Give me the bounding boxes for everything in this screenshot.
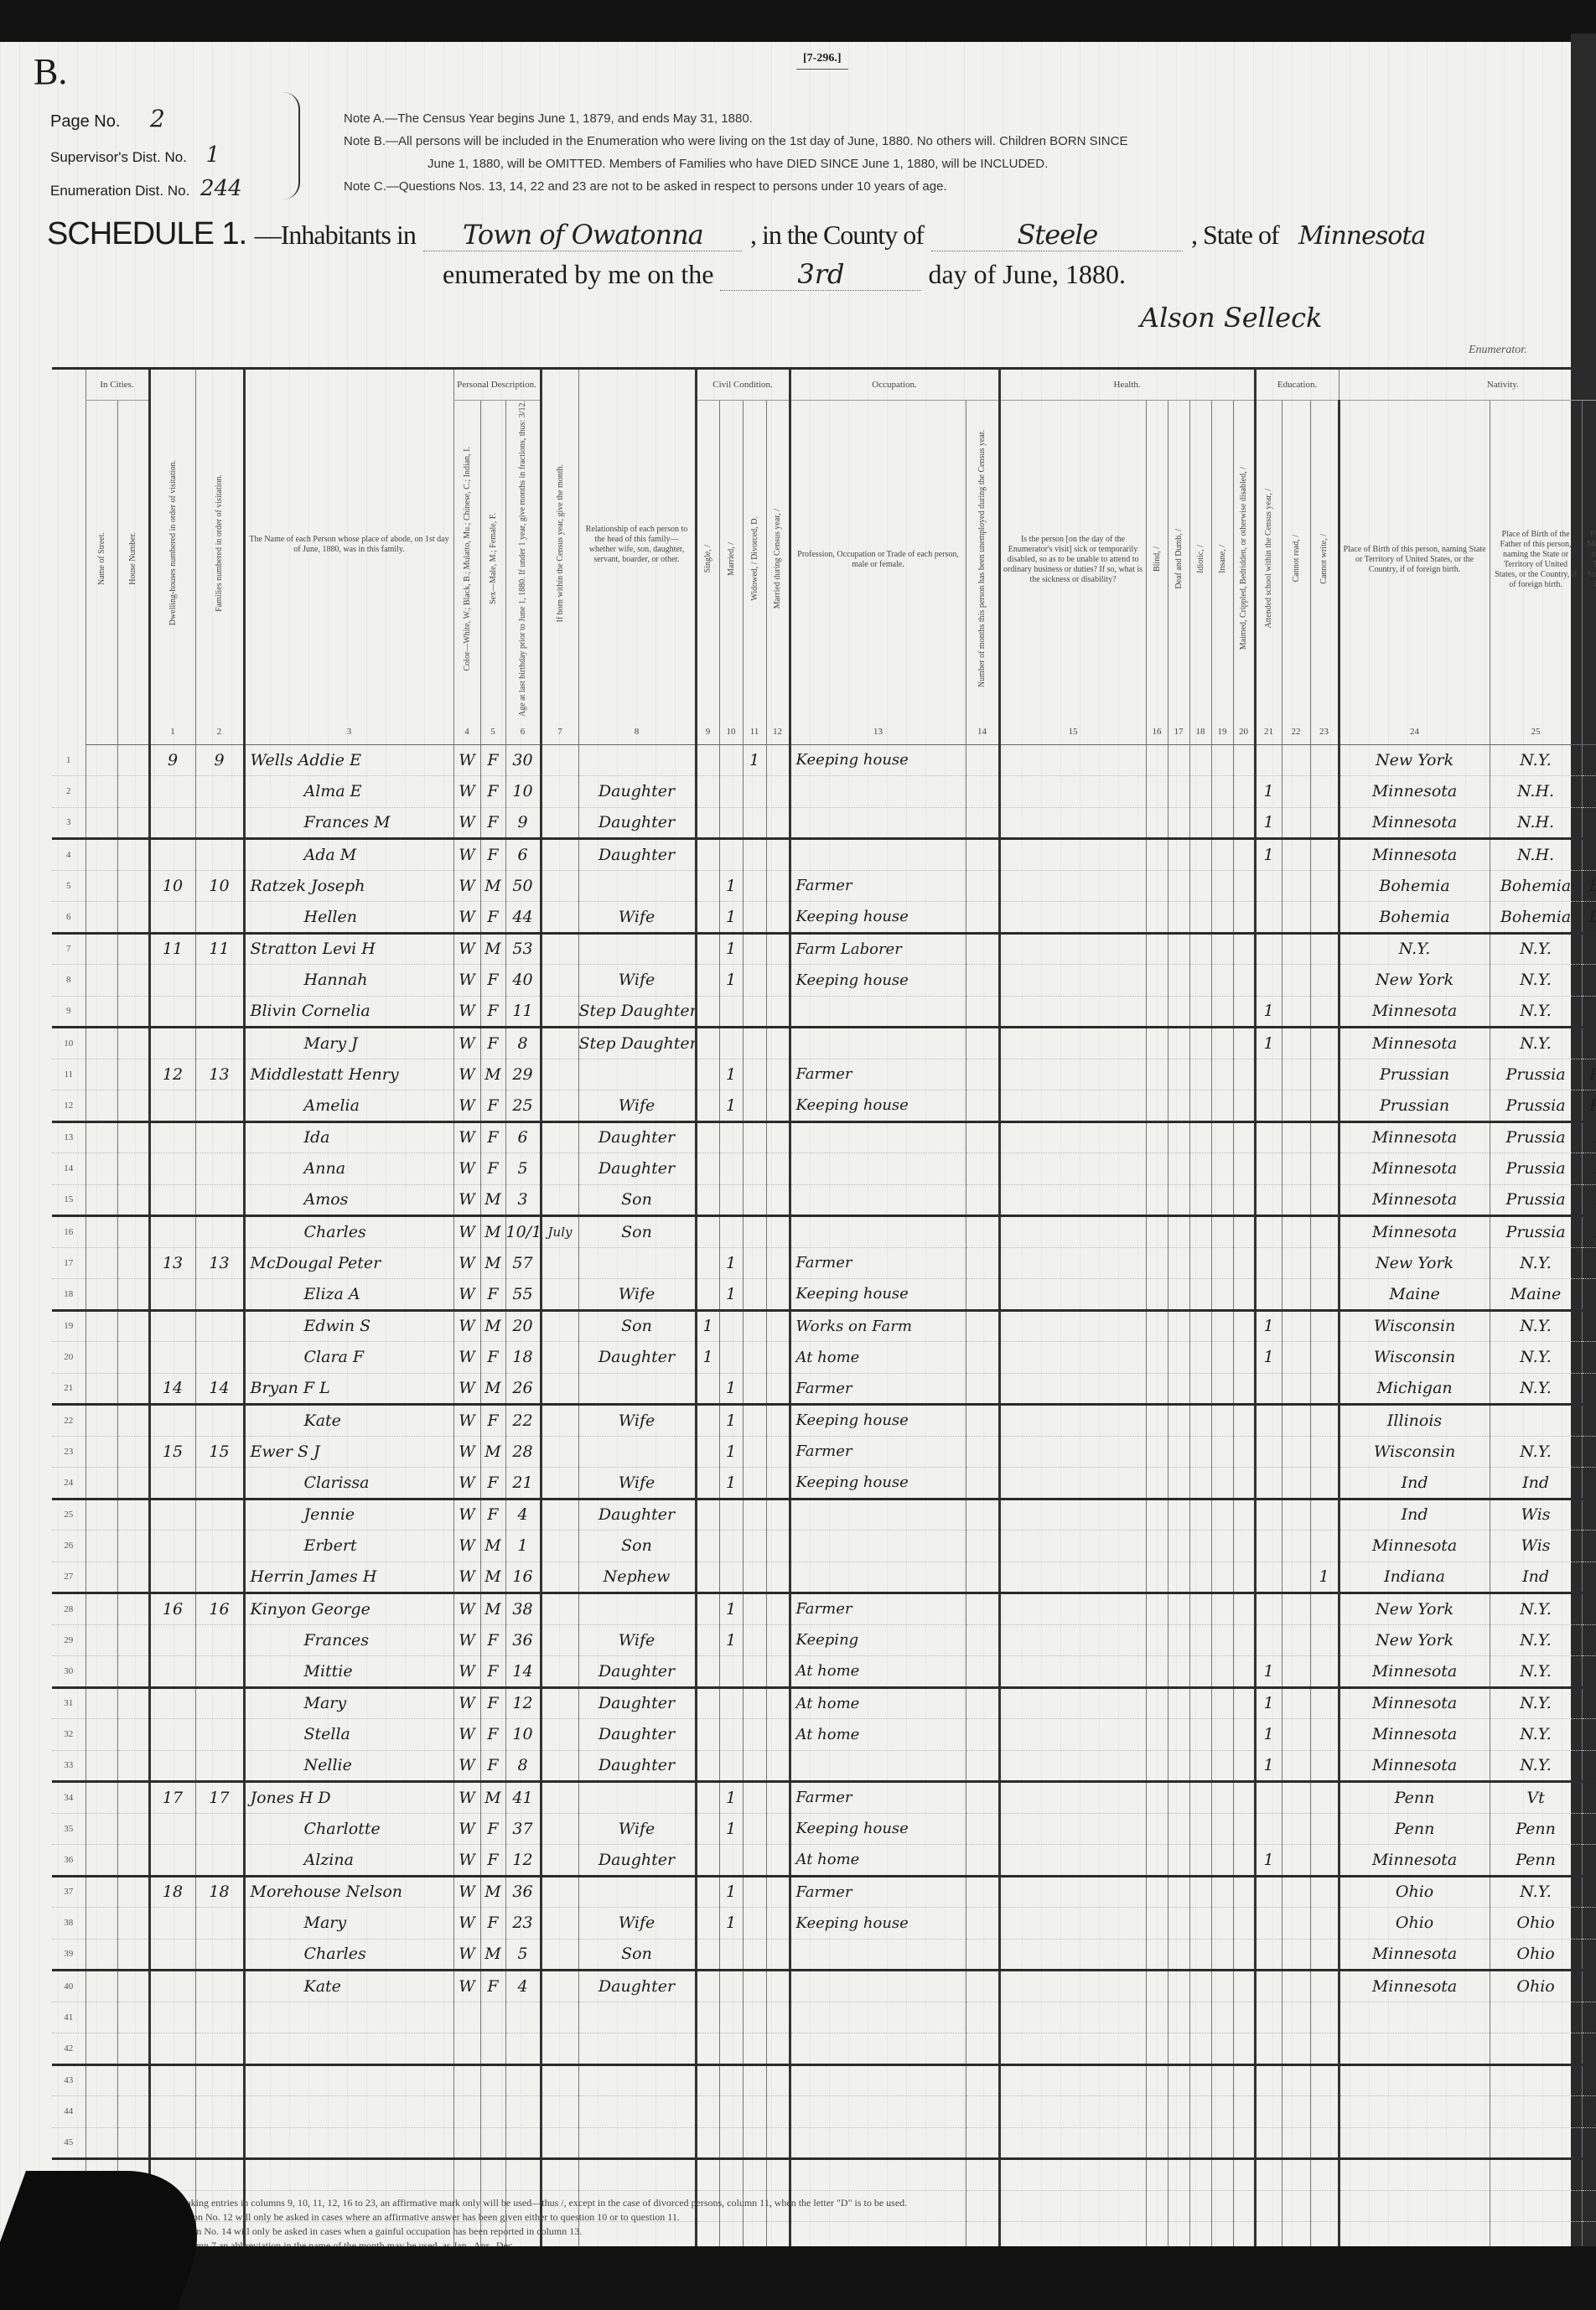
sex-cell: F [480, 996, 505, 1028]
relationship-cell [578, 2127, 696, 2159]
father-birthplace-cell: Ind [1490, 1562, 1582, 1593]
idiotic-cell [1189, 1845, 1211, 1877]
age-cell: 4 [505, 1499, 541, 1531]
school-cell [1255, 1436, 1282, 1468]
father-birthplace-cell [1490, 2159, 1582, 2191]
single-cell [696, 1468, 719, 1499]
mother-birthplace-cell [1582, 1405, 1596, 1437]
widowed-cell [743, 1562, 766, 1593]
row-number: 41 [52, 2002, 85, 2033]
mother-birthplace-cell: N.Y. [1582, 1750, 1596, 1782]
sex-cell: F [480, 1028, 505, 1059]
month-born-cell [541, 2159, 578, 2191]
column-number: 24 [1339, 719, 1490, 744]
months-unemployed-cell [966, 1971, 999, 2002]
row-number: 6 [52, 902, 85, 934]
row-number: 12 [52, 1090, 85, 1122]
row-number: 2 [52, 776, 85, 808]
married-cell [719, 2096, 743, 2128]
row-number: 5 [52, 870, 85, 902]
footnote-d: Note D.—In making entries in columns 9, … [126, 2196, 907, 2210]
house-number-cell [117, 902, 149, 934]
maimed-cell [1233, 1687, 1255, 1719]
maimed-cell [1233, 1939, 1255, 1971]
birthplace-cell: Minnesota [1339, 1971, 1490, 2002]
footnote-f: Note F.—Question No. 14 will only be ask… [126, 2225, 907, 2239]
idiotic-cell [1189, 1971, 1211, 2002]
table-row: 19Edwin SWM20Son1Works on Farm1Wisconsin… [52, 1310, 1596, 1342]
family-number-cell [195, 1531, 244, 1562]
married-cell [719, 996, 743, 1028]
birthplace-cell: Minnesota [1339, 1656, 1490, 1688]
education-group: Education. [1255, 369, 1339, 401]
father-birthplace-cell: N.Y. [1490, 744, 1582, 776]
cannot-read-cell [1282, 1121, 1310, 1153]
single-cell [696, 1845, 719, 1877]
school-header: Attended school within the Census year, … [1255, 401, 1282, 720]
widowed-cell [743, 1153, 766, 1185]
blind-cell [1146, 1373, 1168, 1405]
idiotic-cell [1189, 1216, 1211, 1248]
month-born-cell [541, 902, 578, 934]
school-cell [1255, 744, 1282, 776]
widowed-cell [743, 1750, 766, 1782]
dwelling-number-cell [149, 1279, 195, 1311]
relationship-cell [578, 1876, 696, 1908]
family-number-cell [195, 1405, 244, 1437]
occupation-cell [790, 1216, 966, 1248]
deaf-cell [1168, 1059, 1189, 1090]
family-number-cell [195, 996, 244, 1028]
house-number-cell [117, 1562, 149, 1593]
birthplace-cell: New York [1339, 1593, 1490, 1625]
color-header: Color—White, W.; Black, B.; Mulatto, Mu.… [453, 401, 480, 720]
relationship-cell: Daughter [578, 776, 696, 808]
cannot-write-cell [1310, 1593, 1339, 1625]
column-number: 9 [696, 719, 719, 744]
idiotic-cell [1189, 1247, 1211, 1279]
maimed-cell [1233, 1593, 1255, 1625]
widowed-cell [743, 1405, 766, 1437]
mother-birthplace-cell [1582, 2127, 1596, 2159]
widowed-cell [743, 1813, 766, 1845]
school-cell [1255, 1279, 1282, 1311]
person-name-cell [244, 2127, 453, 2159]
color-cell: W [453, 1279, 480, 1311]
deaf-cell [1168, 902, 1189, 934]
insane-cell [1211, 870, 1233, 902]
person-name-cell: Bryan F L [244, 1373, 453, 1405]
occupation-cell: Keeping house [790, 1813, 966, 1845]
occupation-cell: Farm Laborer [790, 933, 966, 965]
mother-birthplace-cell: N.Y. [1582, 807, 1596, 839]
father-birthplace-cell: N.Y. [1490, 1247, 1582, 1279]
married-cell [719, 2064, 743, 2096]
street-cell [85, 1971, 117, 2002]
age-cell: 53 [505, 933, 541, 965]
relationship-cell: Son [578, 1310, 696, 1342]
maimed-cell [1233, 1656, 1255, 1688]
cannot-read-cell [1282, 1090, 1310, 1122]
father-birthplace-header: Place of Birth of the Father of this per… [1490, 401, 1582, 720]
street-cell [85, 1468, 117, 1499]
relationship-cell: Wife [578, 1908, 696, 1940]
insane-cell [1211, 839, 1233, 871]
sex-cell: M [480, 1247, 505, 1279]
house-number-cell [117, 1028, 149, 1059]
family-number-cell [195, 1153, 244, 1185]
months-unemployed-cell [966, 1813, 999, 1845]
table-row: 24ClarissaWF21Wife1Keeping houseIndIndIn… [52, 1468, 1596, 1499]
school-cell [1255, 1405, 1282, 1437]
blind-cell [1146, 1342, 1168, 1374]
dwelling-number-cell [149, 2096, 195, 2128]
house-number-cell [117, 2002, 149, 2033]
school-cell [1255, 1531, 1282, 1562]
cannot-write-cell [1310, 1845, 1339, 1877]
color-cell: W [453, 1373, 480, 1405]
father-birthplace-cell [1490, 2064, 1582, 2096]
insane-cell [1211, 1531, 1233, 1562]
father-birthplace-cell: N.Y. [1490, 1719, 1582, 1751]
single-cell [696, 1624, 719, 1656]
sex-cell [480, 2159, 505, 2191]
month-born-cell [541, 1624, 578, 1656]
months-unemployed-cell [966, 870, 999, 902]
single-cell [696, 1782, 719, 1814]
cannot-write-cell [1310, 1342, 1339, 1374]
occupation-cell [790, 1562, 966, 1593]
table-row: 18Eliza AWF55Wife1Keeping houseMaineMain… [52, 1279, 1596, 1311]
occupation-cell [790, 1028, 966, 1059]
column-number: 19 [1211, 719, 1233, 744]
sex-cell: F [480, 1971, 505, 2002]
supervisor-district-value: 1 [206, 142, 220, 168]
idiotic-cell [1189, 776, 1211, 808]
month-born-header: If born within the Census year, give the… [541, 369, 578, 720]
row-number: 3 [52, 807, 85, 839]
table-row: 171313McDougal PeterWM571FarmerNew YorkN… [52, 1247, 1596, 1279]
house-number-cell [117, 1121, 149, 1153]
sickness-cell [999, 1939, 1146, 1971]
person-name-cell: Kate [244, 1971, 453, 2002]
sickness-cell [999, 996, 1146, 1028]
deaf-cell [1168, 1279, 1189, 1311]
sickness-cell [999, 1216, 1146, 1248]
widowed-cell [743, 902, 766, 934]
birthplace-cell: Penn [1339, 1813, 1490, 1845]
relationship-cell: Son [578, 1184, 696, 1216]
column-number: 13 [790, 719, 966, 744]
married-cell [719, 1971, 743, 2002]
sickness-cell [999, 1184, 1146, 1216]
sex-cell: M [480, 1876, 505, 1908]
cannot-write-cell [1310, 1876, 1339, 1908]
blind-cell [1146, 1279, 1168, 1311]
cannot-write-cell [1310, 996, 1339, 1028]
insane-cell [1211, 1184, 1233, 1216]
occupation-cell [790, 839, 966, 871]
note-b-cont: June 1, 1880, will be OMITTED. Members o… [344, 153, 1127, 175]
relationship-cell [578, 1782, 696, 1814]
maimed-cell [1233, 1028, 1255, 1059]
family-number-cell [195, 1342, 244, 1374]
single-cell [696, 1876, 719, 1908]
mother-birthplace-cell: N.Y. [1582, 1593, 1596, 1625]
street-cell [85, 1499, 117, 1531]
dwelling-number-cell [149, 1845, 195, 1877]
sex-cell: F [480, 1121, 505, 1153]
cannot-write-cell [1310, 776, 1339, 808]
relationship-cell: Step Daughter [578, 1028, 696, 1059]
month-born-cell [541, 1687, 578, 1719]
school-cell [1255, 933, 1282, 965]
dwelling-number-cell: 16 [149, 1593, 195, 1625]
single-cell [696, 2064, 719, 2096]
maimed-cell [1233, 1216, 1255, 1248]
single-cell [696, 902, 719, 934]
occupation-cell: Keeping house [790, 902, 966, 934]
school-cell [1255, 902, 1282, 934]
widowed-cell [743, 1624, 766, 1656]
deaf-cell [1168, 1845, 1189, 1877]
father-birthplace-cell: N.Y. [1490, 1028, 1582, 1059]
maimed-cell [1233, 1436, 1255, 1468]
civil-group: Civil Condition. [696, 369, 790, 401]
cannot-write-cell [1310, 1373, 1339, 1405]
sickness-cell [999, 1153, 1146, 1185]
color-cell: W [453, 933, 480, 965]
father-birthplace-cell [1490, 2096, 1582, 2128]
maimed-cell [1233, 1562, 1255, 1593]
dwelling-number-cell [149, 1656, 195, 1688]
row-number: 9 [52, 996, 85, 1028]
single-cell [696, 1562, 719, 1593]
instruction-notes: Note A.—The Census Year begins June 1, 1… [344, 107, 1127, 198]
family-number-cell [195, 1719, 244, 1751]
sickness-cell [999, 1845, 1146, 1877]
place-value: Town of Owatonna [423, 219, 742, 251]
widowed-cell [743, 1908, 766, 1940]
sickness-cell [999, 2064, 1146, 2096]
widowed-cell [743, 965, 766, 997]
deaf-cell [1168, 1468, 1189, 1499]
month-born-cell [541, 1247, 578, 1279]
cannot-write-cell [1310, 1184, 1339, 1216]
mother-birthplace-cell: Maine [1582, 1342, 1596, 1374]
widowed-cell [743, 1121, 766, 1153]
age-cell: 25 [505, 1090, 541, 1122]
relationship-cell: Daughter [578, 1750, 696, 1782]
months-unemployed-cell [966, 807, 999, 839]
month-born-cell [541, 1593, 578, 1625]
table-row: 341717Jones H DWM411FarmerPennVtPenn [52, 1782, 1596, 1814]
row-number: 21 [52, 1373, 85, 1405]
table-row: 199Wells Addie EWF301Keeping houseNew Yo… [52, 744, 1596, 776]
cannot-write-cell [1310, 1279, 1339, 1311]
cannot-write-cell [1310, 1216, 1339, 1248]
widowed-cell [743, 1971, 766, 2002]
note-b: Note B.—All persons will be included in … [344, 130, 1127, 153]
row-number: 43 [52, 2064, 85, 2096]
color-cell: W [453, 1687, 480, 1719]
months-unemployed-cell [966, 1059, 999, 1090]
father-birthplace-cell: Ohio [1490, 1939, 1582, 1971]
row-number: 19 [52, 1310, 85, 1342]
relationship-header: Relationship of each person to the head … [578, 369, 696, 720]
sex-cell: M [480, 1562, 505, 1593]
color-cell: W [453, 1342, 480, 1374]
deaf-cell [1168, 1939, 1189, 1971]
row-number: 27 [52, 1562, 85, 1593]
insane-cell [1211, 1405, 1233, 1437]
married-year-cell [766, 807, 790, 839]
occupation-cell: Keeping house [790, 744, 966, 776]
single-cell [696, 1499, 719, 1531]
school-cell [1255, 1059, 1282, 1090]
widowed-cell [743, 2033, 766, 2065]
birthplace-cell: New York [1339, 744, 1490, 776]
months-unemployed-cell [966, 1279, 999, 1311]
color-cell: W [453, 1436, 480, 1468]
age-cell: 57 [505, 1247, 541, 1279]
row-number: 44 [52, 2096, 85, 2128]
married-cell: 1 [719, 1593, 743, 1625]
idiotic-cell [1189, 1499, 1211, 1531]
table-row: 16CharlesWM10/12JulySonMinnesotaPrussiaP… [52, 1216, 1596, 1248]
father-birthplace-cell: Ohio [1490, 1908, 1582, 1940]
school-cell: 1 [1255, 996, 1282, 1028]
table-row: 30MittieWF14DaughterAt home1MinnesotaN.Y… [52, 1656, 1596, 1688]
months-unemployed-cell [966, 1090, 999, 1122]
single-cell [696, 1813, 719, 1845]
blind-cell [1146, 1059, 1168, 1090]
blind-cell [1146, 1750, 1168, 1782]
sickness-cell [999, 1247, 1146, 1279]
birthplace-cell: Wisconsin [1339, 1310, 1490, 1342]
age-cell: 18 [505, 1342, 541, 1374]
cannot-read-cell [1282, 1813, 1310, 1845]
table-row: 26ErbertWM1SonMinnesotaWisInd [52, 1531, 1596, 1562]
blind-cell [1146, 1499, 1168, 1531]
birthplace-cell: Penn [1339, 1782, 1490, 1814]
row-number: 23 [52, 1436, 85, 1468]
blind-cell [1146, 1719, 1168, 1751]
note-c: Note C.—Questions Nos. 13, 14, 22 and 23… [344, 175, 1127, 198]
column-number: 22 [1282, 719, 1310, 744]
color-cell: W [453, 776, 480, 808]
house-number-cell [117, 1782, 149, 1814]
sex-cell [480, 2096, 505, 2128]
person-name-cell: Stratton Levi H [244, 933, 453, 965]
birthplace-cell: Minnesota [1339, 1687, 1490, 1719]
cannot-write-cell [1310, 1687, 1339, 1719]
table-row: 31MaryWF12DaughterAt home1MinnesotaN.Y.N… [52, 1687, 1596, 1719]
house-number-cell [117, 1687, 149, 1719]
cannot-write-cell [1310, 1468, 1339, 1499]
color-cell: W [453, 1184, 480, 1216]
birthplace-cell: Minnesota [1339, 996, 1490, 1028]
street-cell [85, 1782, 117, 1814]
family-number-cell: 18 [195, 1876, 244, 1908]
married-year-cell [766, 933, 790, 965]
cannot-read-cell [1282, 744, 1310, 776]
street-cell [85, 1342, 117, 1374]
sickness-cell [999, 1121, 1146, 1153]
family-number-cell [195, 902, 244, 934]
married-cell [719, 1845, 743, 1877]
column-number: 4 [453, 719, 480, 744]
mother-birthplace-cell: N.Y. [1582, 1028, 1596, 1059]
widowed-cell [743, 1184, 766, 1216]
age-cell: 3 [505, 1184, 541, 1216]
dwelling-number-cell [149, 1499, 195, 1531]
school-cell [1255, 2064, 1282, 2096]
birthplace-cell: Minnesota [1339, 1153, 1490, 1185]
married-cell: 1 [719, 1373, 743, 1405]
widowed-cell [743, 807, 766, 839]
single-cell [696, 839, 719, 871]
school-cell [1255, 1908, 1282, 1940]
dwelling-number-cell: 18 [149, 1876, 195, 1908]
cannot-write-cell [1310, 1624, 1339, 1656]
single-cell [696, 2033, 719, 2065]
table-row: 20Clara FWF18Daughter1At home1WisconsinN… [52, 1342, 1596, 1374]
cannot-read-cell [1282, 1247, 1310, 1279]
single-cell [696, 2002, 719, 2033]
house-number-cell [117, 1971, 149, 2002]
street-cell [85, 1719, 117, 1751]
dwelling-number-cell: 9 [149, 744, 195, 776]
relationship-cell [578, 744, 696, 776]
maimed-cell [1233, 1310, 1255, 1342]
dwelling-number-cell: 11 [149, 933, 195, 965]
street-cell [85, 996, 117, 1028]
married-year-cell [766, 1593, 790, 1625]
cannot-write-cell: 1 [1310, 1562, 1339, 1593]
school-cell [1255, 1153, 1282, 1185]
person-name-cell: Frances M [244, 807, 453, 839]
married-year-cell [766, 1719, 790, 1751]
cannot-read-cell [1282, 1562, 1310, 1593]
person-name-cell: Charlotte [244, 1813, 453, 1845]
occupation-cell: Farmer [790, 1436, 966, 1468]
deaf-cell [1168, 2033, 1189, 2065]
mother-birthplace-cell: N.Y. [1582, 744, 1596, 776]
cannot-write-cell [1310, 1531, 1339, 1562]
street-cell [85, 1531, 117, 1562]
blind-cell [1146, 1310, 1168, 1342]
birthplace-cell: Wisconsin [1339, 1436, 1490, 1468]
married-year-cell [766, 1028, 790, 1059]
cannot-write-cell [1310, 2033, 1339, 2065]
family-number-cell: 11 [195, 933, 244, 965]
sickness-cell [999, 839, 1146, 871]
birthplace-cell: New York [1339, 1247, 1490, 1279]
single-cell [696, 1153, 719, 1185]
blind-cell [1146, 965, 1168, 997]
color-cell: W [453, 870, 480, 902]
married-year-cell [766, 1750, 790, 1782]
sickness-header: Is the person [on the day of the Enumera… [999, 401, 1146, 720]
occupation-cell: At home [790, 1656, 966, 1688]
cannot-write-cell [1310, 1719, 1339, 1751]
father-birthplace-cell: N.Y. [1490, 1876, 1582, 1908]
idiotic-cell [1189, 1782, 1211, 1814]
married-year-cell [766, 2002, 790, 2033]
age-cell [505, 2033, 541, 2065]
cannot-write-cell [1310, 1499, 1339, 1531]
